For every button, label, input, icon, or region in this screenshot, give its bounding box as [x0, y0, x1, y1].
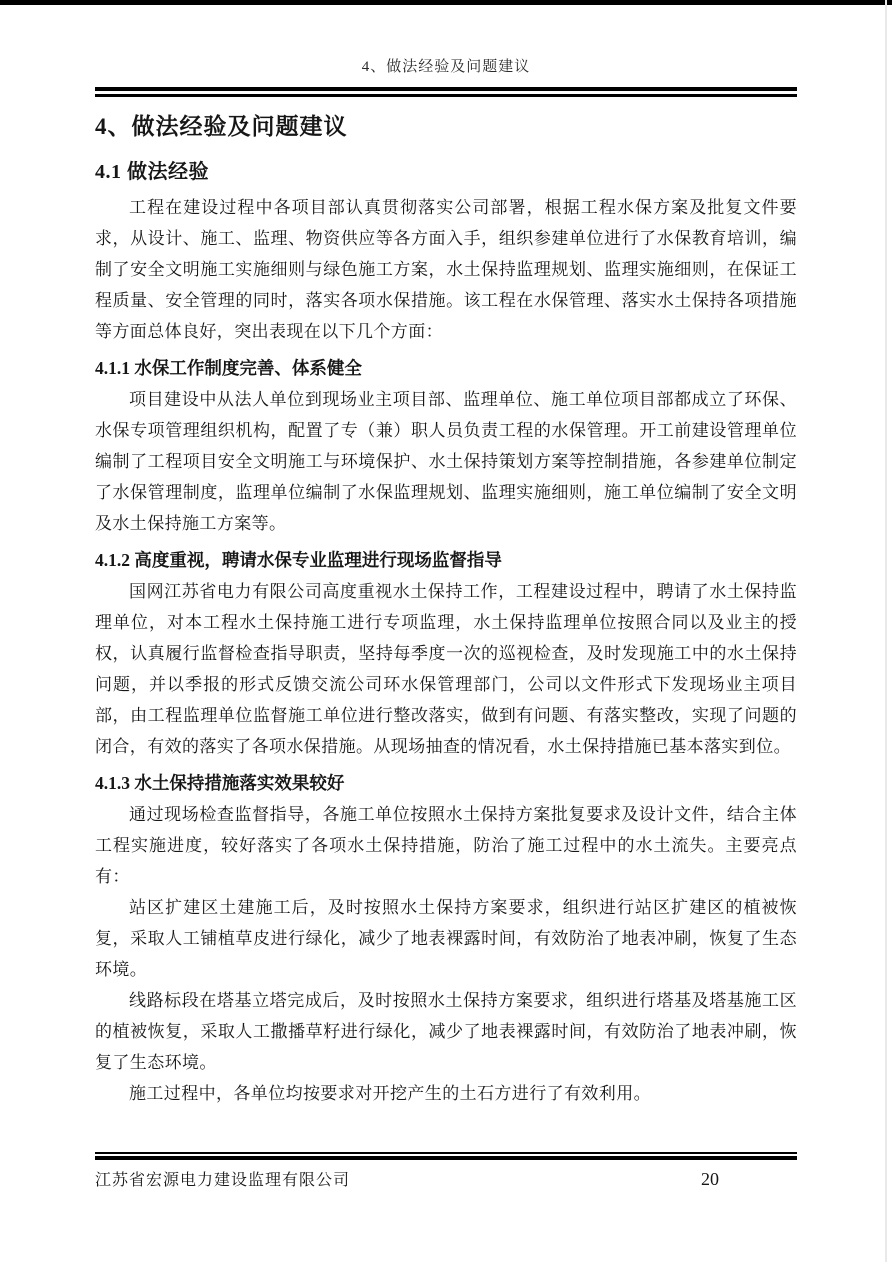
page-footer: 江苏省宏源电力建设监理有限公司 20 [95, 1152, 797, 1190]
paragraph-4-1-3-a: 通过现场检查监督指导，各施工单位按照水土保持方案批复要求及设计文件，结合主体工程… [95, 799, 797, 892]
paragraph-4-1-1: 项目建设中从法人单位到现场业主项目部、监理单位、施工单位项目部都成立了环保、水保… [95, 384, 797, 539]
paragraph-4-1-3-c: 线路标段在塔基立塔完成后，及时按照水土保持方案要求，组织进行塔基及塔基施工区的植… [95, 985, 797, 1078]
subsection-title-4-1-3: 4.1.3 水土保持措施落实效果较好 [95, 768, 797, 799]
footer-company-name: 江苏省宏源电力建设监理有限公司 [95, 1167, 350, 1190]
scan-edge-shadow [885, 0, 887, 1262]
footer-row: 江苏省宏源电力建设监理有限公司 20 [95, 1167, 797, 1190]
section-title-4-1: 4.1 做法经验 [95, 158, 797, 187]
running-header: 4、做法经验及问题建议 [95, 0, 797, 77]
header-double-rule [95, 87, 797, 97]
subsection-title-4-1-1: 4.1.1 水保工作制度完善、体系健全 [95, 353, 797, 384]
paragraph-4-1-3-b: 站区扩建区土建施工后，及时按照水土保持方案要求，组织进行站区扩建区的植被恢复，采… [95, 892, 797, 985]
page-top-border [0, 0, 892, 5]
page-number: 20 [701, 1169, 719, 1190]
paragraph-4-1-2: 国网江苏省电力有限公司高度重视水土保持工作，工程建设过程中，聘请了水土保持监理单… [95, 576, 797, 762]
intro-paragraph: 工程在建设过程中各项目部认真贯彻落实公司部署，根据工程水保方案及批复文件要求，从… [95, 192, 797, 347]
document-page: 4、做法经验及问题建议 4、做法经验及问题建议 4.1 做法经验 工程在建设过程… [0, 0, 892, 1262]
document-body: 4、做法经验及问题建议 4.1 做法经验 工程在建设过程中各项目部认真贯彻落实公… [95, 111, 797, 1109]
footer-double-rule [95, 1152, 797, 1160]
paragraph-4-1-3-d: 施工过程中，各单位均按要求对开挖产生的土石方进行了有效利用。 [95, 1078, 797, 1109]
subsection-title-4-1-2: 4.1.2 高度重视，聘请水保专业监理进行现场监督指导 [95, 545, 797, 576]
chapter-title: 4、做法经验及问题建议 [95, 111, 797, 142]
